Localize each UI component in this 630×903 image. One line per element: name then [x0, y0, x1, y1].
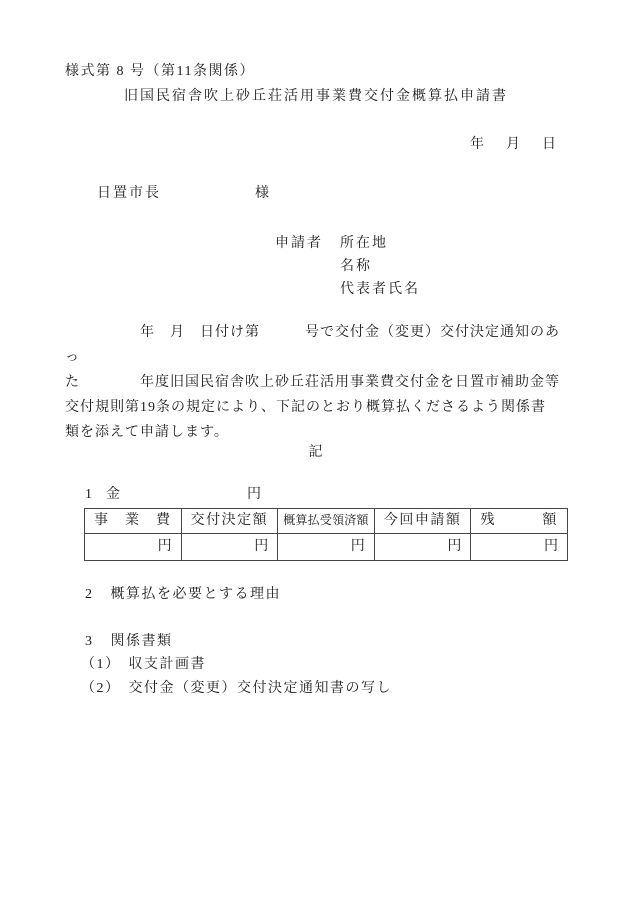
body-paragraph: 年 月 日付け第 号で交付金（変更）交付決定通知のあっ た 年度旧国民宿舎吹上砂… [65, 320, 569, 445]
addressee-line: 日置市長様 [97, 185, 269, 203]
applicant-fields: 所在地 名称 代表者氏名 [340, 232, 420, 301]
section-documents-label: 関係書類 [111, 634, 173, 649]
record-marker: 記 [65, 444, 567, 462]
fee-table-wrap: 事 業 費 交付決定額 概算払受領済額 今回申請額 残 額 円 円 円 円 円 [84, 508, 568, 561]
section-documents-number: 3 [85, 634, 94, 649]
cell-provisional-received-yen: 円 [278, 534, 375, 561]
col-header-grant-decided-amount: 交付決定額 [181, 509, 278, 534]
col-header-provisional-received-amount: 概算払受領済額 [278, 509, 375, 534]
col-header-project-cost: 事 業 費 [85, 509, 182, 534]
document-title: 旧国民宿舎吹上砂丘荘活用事業費交付金概算払申請書 [65, 88, 567, 106]
fee-table: 事 業 費 交付決定額 概算払受領済額 今回申請額 残 額 円 円 円 円 円 [84, 508, 568, 561]
date-line: 年 月 日 [470, 136, 560, 154]
fee-table-header-row: 事 業 費 交付決定額 概算払受領済額 今回申請額 残 額 [85, 509, 568, 534]
document-page: 様式第 8 号（第11条関係） 旧国民宿舎吹上砂丘荘活用事業費交付金概算払申請書… [0, 0, 630, 903]
form-number: 様式第 8 号（第11条関係） [65, 63, 255, 81]
amount-line: 1金円 [85, 486, 261, 504]
addressee-name: 日置市長 [97, 186, 161, 201]
cell-project-cost-yen: 円 [85, 534, 182, 561]
cell-remaining-yen: 円 [471, 534, 568, 561]
addressee-honorific: 様 [255, 186, 269, 201]
section-reason-label: 概算払を必要とする理由 [111, 587, 282, 602]
applicant-field-name: 名称 [340, 255, 420, 278]
cell-grant-decided-yen: 円 [181, 534, 278, 561]
doc-item-2-label: 交付金（変更）交付決定通知書の写し [129, 681, 393, 696]
doc-item-2-number: （2） [81, 681, 121, 696]
doc-item-1-number: （1） [81, 657, 121, 672]
applicant-block: 申請者 所在地 名称 代表者氏名 [275, 232, 420, 301]
section-documents: 3関係書類 [85, 633, 173, 651]
amount-unit: 円 [247, 487, 261, 502]
applicant-field-representative: 代表者氏名 [340, 278, 420, 301]
cell-current-request-yen: 円 [374, 534, 471, 561]
applicant-field-address: 所在地 [340, 232, 420, 255]
doc-item-grant-decision-copy: （2）交付金（変更）交付決定通知書の写し [81, 680, 392, 698]
doc-item-1-label: 収支計画書 [129, 657, 207, 672]
amount-number: 1 [85, 487, 92, 502]
applicant-label: 申請者 [275, 232, 323, 301]
fee-table-value-row: 円 円 円 円 円 [85, 534, 568, 561]
section-reason-number: 2 [85, 587, 94, 602]
col-header-current-request-amount: 今回申請額 [374, 509, 471, 534]
doc-item-budget-plan: （1）収支計画書 [81, 656, 206, 674]
col-header-remaining-amount: 残 額 [471, 509, 568, 534]
section-reason: 2概算払を必要とする理由 [85, 586, 281, 604]
amount-label: 金 [106, 487, 120, 502]
